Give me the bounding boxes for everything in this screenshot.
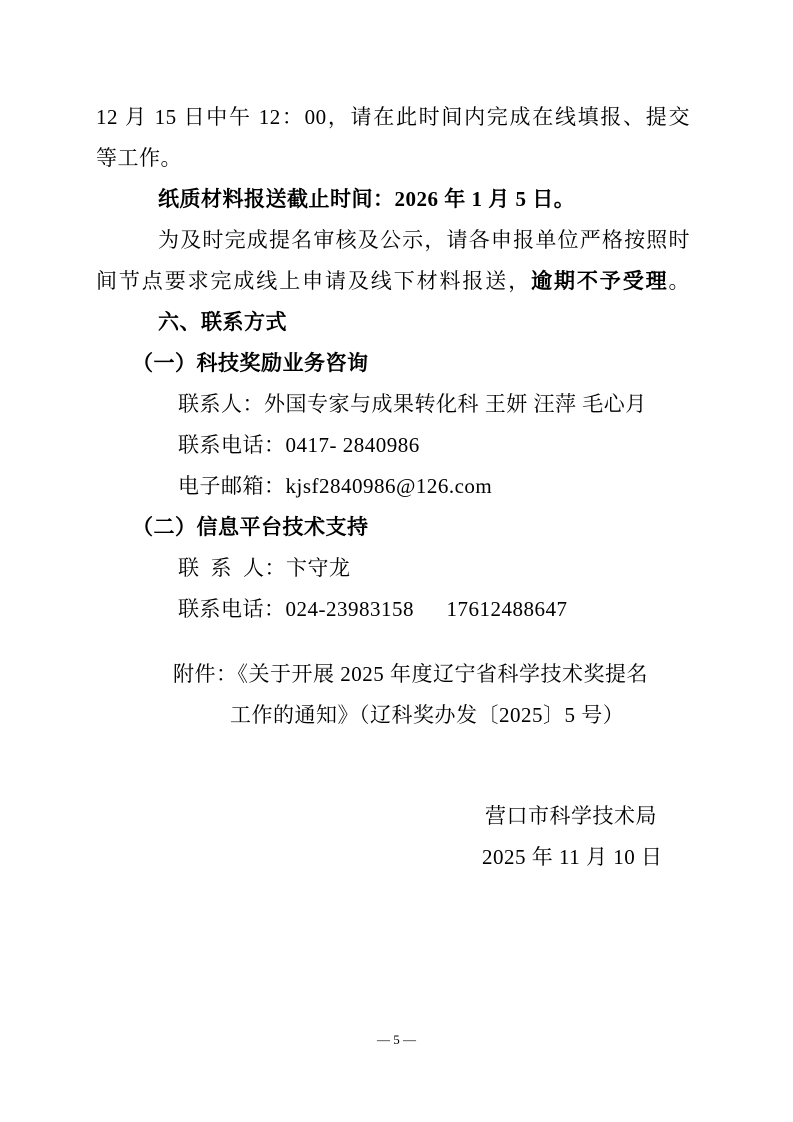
document-page: 12 月 15 日中午 12：00，请在此时间内完成在线填报、提交 等工作。 纸… [0, 0, 793, 1122]
paragraph-notice-line1: 为及时完成提名审核及公示，请各申报单位严格按照时 [96, 220, 690, 261]
contact-person-line-1: 联系人：外国专家与成果转化科 王妍 汪萍 毛心月 [178, 384, 690, 425]
paragraph-online-deadline-line1: 12 月 15 日中午 12：00，请在此时间内完成在线填报、提交 [96, 97, 690, 138]
contact-person-line-2: 联 系 人：卞守龙 [178, 548, 690, 589]
document-body: 12 月 15 日中午 12：00，请在此时间内完成在线填报、提交 等工作。 纸… [96, 97, 690, 878]
notice-emphasis-text: 逾期不予受理 [531, 269, 668, 293]
signature-organization: 营口市科学技术局 [485, 796, 690, 837]
paragraph-paper-deadline: 纸质材料报送截止时间：2026 年 1 月 5 日。 [96, 179, 690, 220]
paragraph-online-deadline-line2: 等工作。 [96, 138, 690, 179]
contact-phone-line-1: 联系电话：0417- 2840986 [178, 425, 690, 466]
attachment-line-1: 附件：《关于开展 2025 年度辽宁省科学技术奖提名 [173, 654, 690, 695]
subsection-heading-award-consulting: （一）科技奖励业务咨询 [132, 343, 690, 384]
paragraph-notice-line2: 间节点要求完成线上申请及线下材料报送，逾期不予受理。 [96, 261, 690, 302]
attachment-line-2: 工作的通知》（辽科奖办发〔2025〕5 号） [230, 695, 690, 736]
page-number: — 5 — [0, 1030, 793, 1050]
section-heading-contact-info: 六、联系方式 [96, 302, 690, 343]
blank-space [96, 630, 690, 654]
contact-email-line: 电子邮箱：kjsf2840986@126.com [178, 466, 690, 507]
notice-period: 。 [669, 269, 691, 293]
notice-text: 间节点要求完成线上申请及线下材料报送， [96, 269, 531, 293]
subsection-heading-platform-support: （二）信息平台技术支持 [132, 507, 690, 548]
blank-space [96, 736, 690, 796]
contact-phone-line-2: 联系电话：024-23983158 17612488647 [178, 589, 690, 630]
signature-date: 2025 年 11 月 10 日 [482, 837, 690, 878]
